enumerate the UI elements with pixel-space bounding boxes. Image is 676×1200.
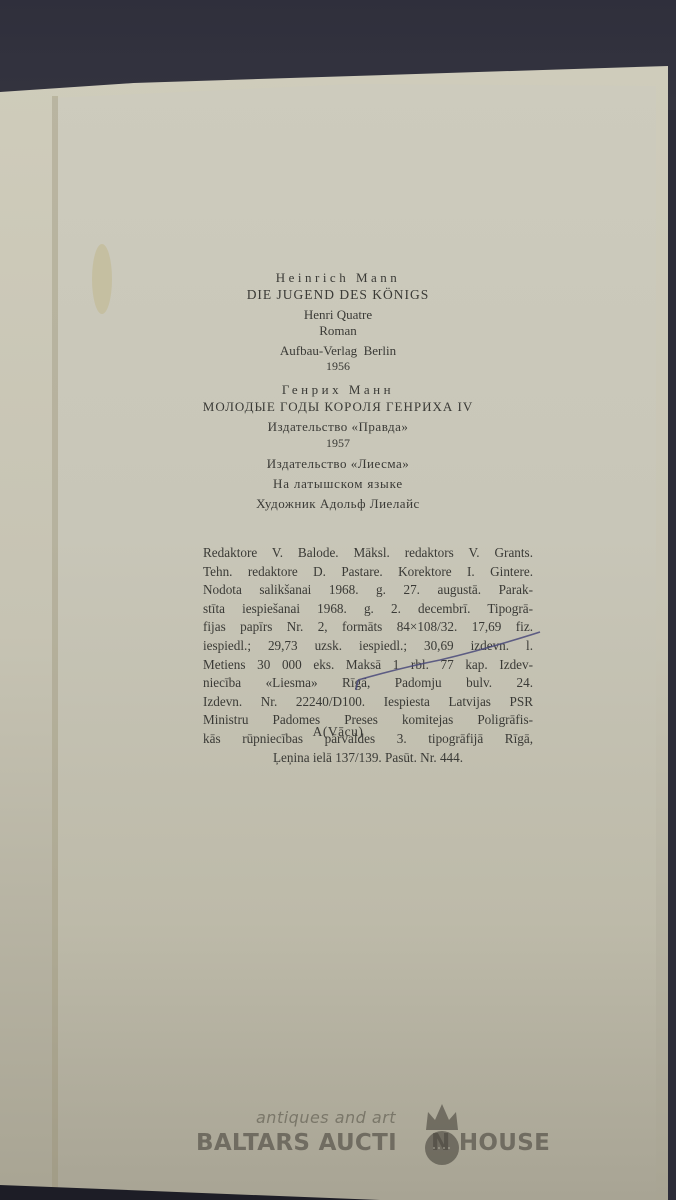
- imprint-line: stīta iespiešanai 1968. g. 2. decembrī. …: [203, 600, 533, 619]
- russian-publisher: Издательство «Правда»: [0, 419, 676, 435]
- imprint-line: Metiens 30 000 eks. Maksā 1 rbl. 77 kap.…: [203, 656, 533, 675]
- watermark-name: BALTARS AUCTIN HOUSE: [196, 1130, 550, 1156]
- german-title: DIE JUGEND DES KÖNIGS: [0, 287, 676, 303]
- imprint-line: Izdevn. Nr. 22240/D100. Iespiesta Latvij…: [203, 693, 533, 712]
- imprint-line: Ļeņina ielā 137/139. Pasūt. Nr. 444.: [203, 749, 533, 768]
- russian-year: 1957: [0, 435, 676, 451]
- imprint-line: fijas papīrs Nr. 2, formāts 84×108/32. 1…: [203, 618, 533, 637]
- language-note: На латышском языке: [0, 476, 676, 492]
- german-publisher: Aufbau-Verlag Berlin: [0, 343, 676, 359]
- german-genre: Roman: [0, 323, 676, 339]
- colophon: Heinrich Mann DIE JUGEND DES KÖNIGS Henr…: [0, 0, 676, 1200]
- german-year: 1956: [0, 358, 676, 374]
- language-code: A(Vācu): [0, 724, 676, 740]
- latvian-publisher: Издательство «Лиесма»: [0, 456, 676, 472]
- russian-title: МОЛОДЫЕ ГОДЫ КОРОЛЯ ГЕНРИХА IV: [0, 399, 676, 415]
- illustrator: Художник Адольф Лиелайс: [0, 496, 676, 512]
- watermark-tagline: antiques and art: [256, 1108, 396, 1127]
- german-author: Heinrich Mann: [0, 270, 676, 286]
- imprint-line: niecība «Liesma» Rīgā, Padomju bulv. 24.: [203, 674, 533, 693]
- imprint-line: iespiedl.; 29,73 uzsk. iespiedl.; 30,69 …: [203, 637, 533, 656]
- german-subtitle: Henri Quatre: [0, 307, 676, 323]
- russian-author: Генрих Манн: [0, 382, 676, 398]
- imprint-line: Redaktore V. Balode. Māksl. redaktors V.…: [203, 544, 533, 563]
- imprint-line: Tehn. redaktore D. Pastare. Korektore I.…: [203, 563, 533, 582]
- auction-house-watermark: antiques and art BALTARS AUCTIN HOUSE: [196, 1108, 606, 1168]
- imprint-line: Nodota salikšanai 1968. g. 27. augustā. …: [203, 581, 533, 600]
- crown-orb-icon: [422, 1102, 462, 1168]
